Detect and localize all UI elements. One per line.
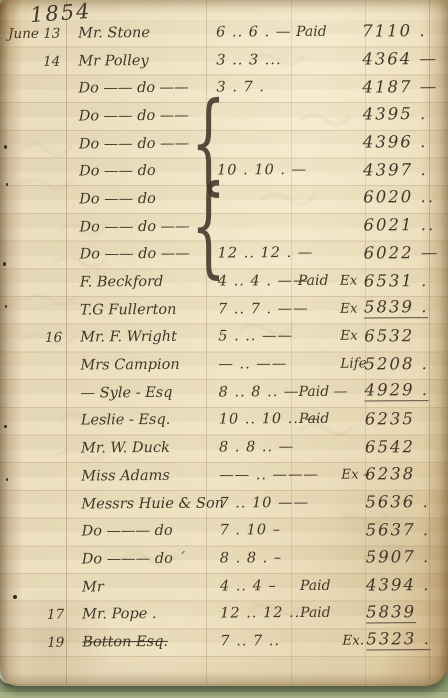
ledger-scan: 1854 June 13 Mr. Stone 6 .. 6 . — Paid 7… (0, 0, 448, 698)
grouping-brace: { (191, 184, 208, 267)
ledger-page: 1854 June 13 Mr. Stone 6 .. 6 . — Paid 7… (0, 0, 448, 686)
